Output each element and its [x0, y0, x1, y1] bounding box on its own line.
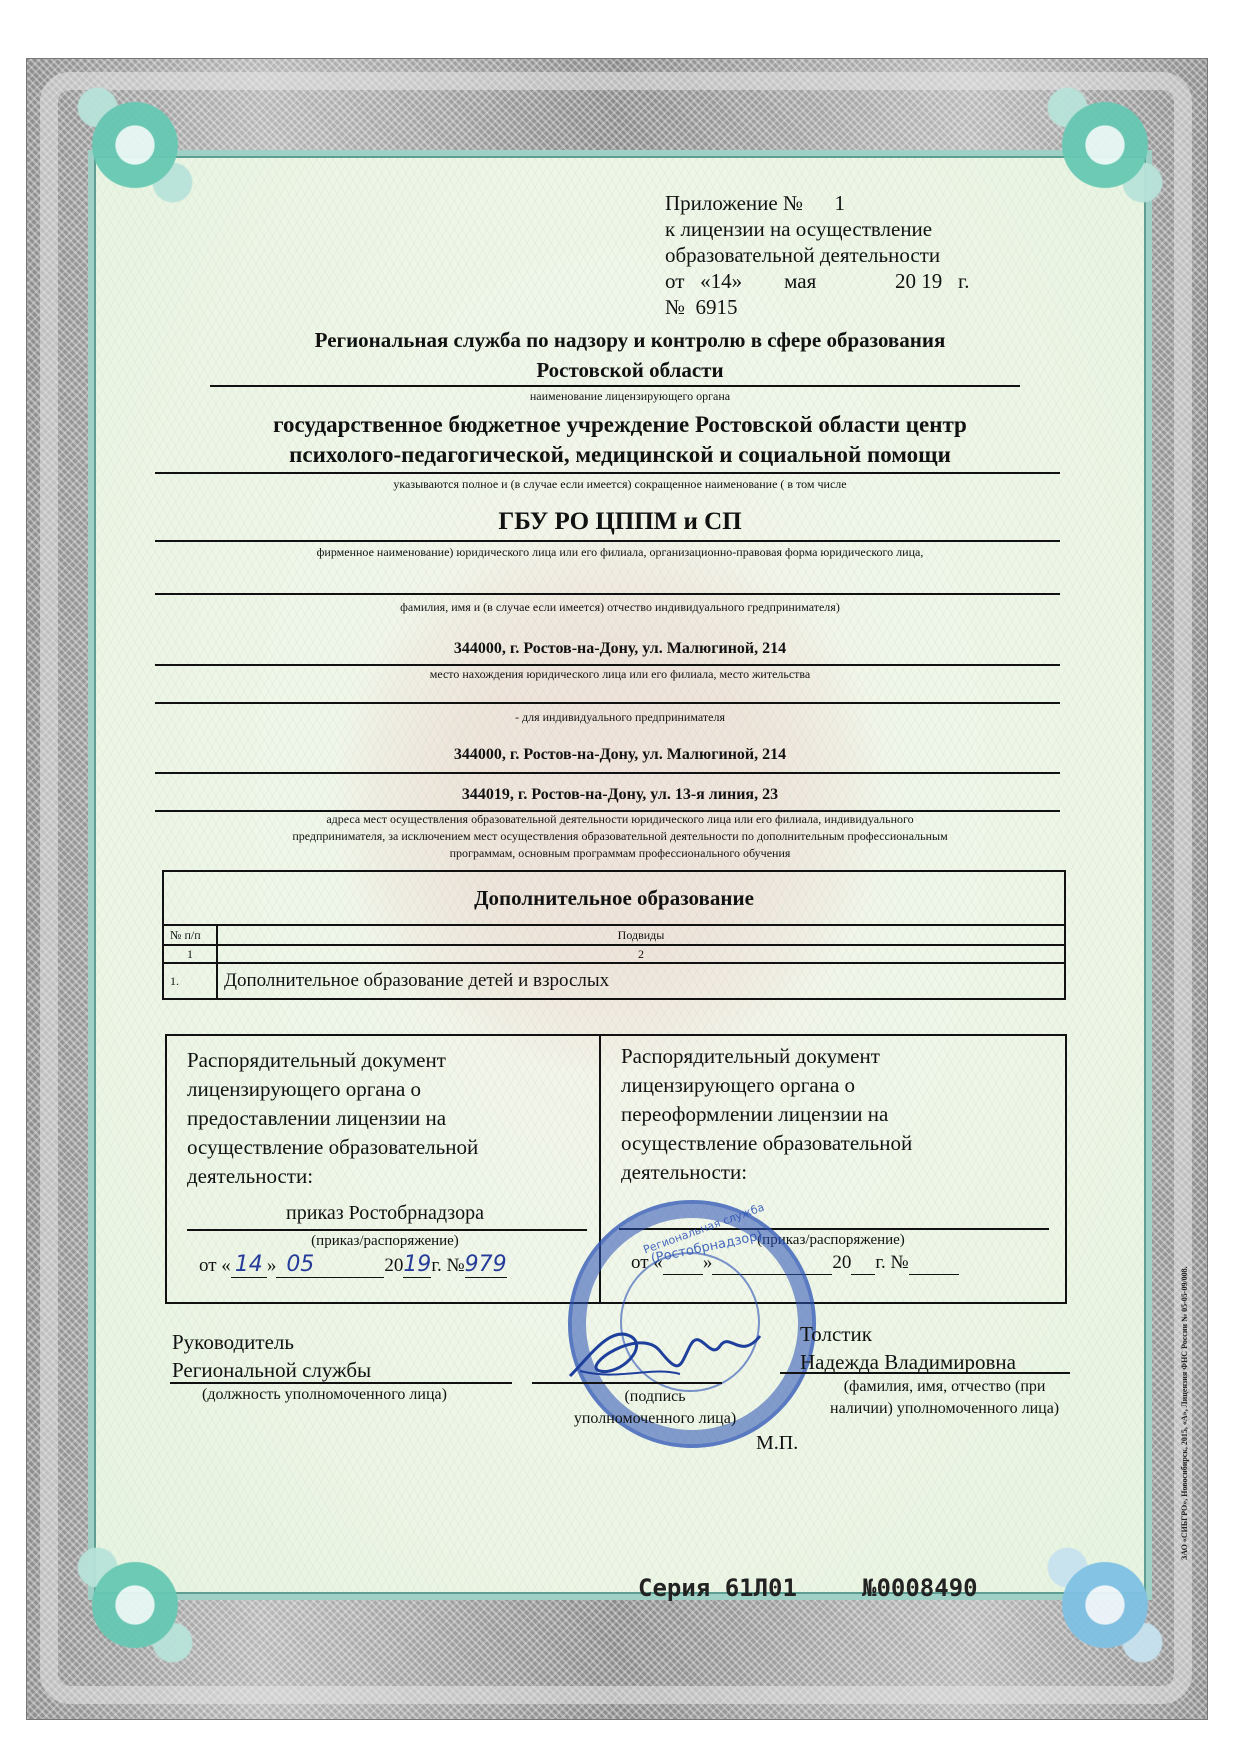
- grant-document-date: от «14»052019г. №979: [199, 1252, 507, 1277]
- signature-icon: [560, 1316, 770, 1386]
- divider: [155, 540, 1060, 542]
- index-cell-2: 2: [217, 945, 1065, 963]
- printer-imprint: ЗАО «СИБГРО», Новосибирск, 2015, «А», Ли…: [1180, 1266, 1189, 1560]
- appendix-date: от «14» мая 20 19 г.: [665, 268, 970, 294]
- appendix-line-1: Приложение № 1: [665, 190, 970, 216]
- location-address: 344000, г. Ростов-на-Дону, ул. Малюгиной…: [150, 640, 1090, 658]
- grant-document-type-caption: (приказ/распоряжение): [167, 1233, 603, 1250]
- name-caption: (фамилия, имя, отчество (при наличии) уп…: [830, 1376, 1059, 1420]
- appendix-line-2: к лицензии на осуществление: [665, 216, 970, 242]
- grant-month: 05: [276, 1252, 384, 1278]
- corner-ornament-icon: [60, 70, 210, 220]
- signatory-position: Руководитель Региональной службы: [172, 1328, 371, 1384]
- index-cell-1: 1: [163, 945, 217, 963]
- grant-order-number: 979: [465, 1252, 507, 1278]
- corner-ornament-icon: [1030, 70, 1180, 220]
- divider: [155, 593, 1060, 595]
- activity-caption-2: предпринимателя, за исключением мест осу…: [150, 829, 1090, 844]
- grant-document-box: Распорядительный документ лицензирующего…: [165, 1034, 601, 1304]
- licensee-name-line-1: государственное бюджетное учреждение Рос…: [150, 412, 1090, 438]
- corner-ornament-icon: [60, 1530, 210, 1680]
- appendix-header: Приложение № 1 к лицензии на осуществлен…: [665, 190, 970, 320]
- row-subtype: Дополнительное образование детей и взрос…: [217, 963, 1065, 999]
- signature-line: [532, 1382, 722, 1384]
- form-number: №0008490: [862, 1574, 978, 1602]
- form-series: Серия 61Л01: [638, 1574, 797, 1602]
- header-subtypes: Подвиды: [217, 925, 1065, 945]
- activity-caption-3: программам, основным программам професси…: [150, 846, 1090, 861]
- signatory-name: Толстик Надежда Владимировна: [800, 1320, 1016, 1376]
- license-number: № 6915: [665, 294, 970, 320]
- divider: [155, 664, 1060, 666]
- corner-ornament-icon: [1030, 1530, 1180, 1680]
- signature-caption: (подпись уполномоченного лица): [555, 1386, 755, 1430]
- location-caption-2: - для индивидуального предпринимателя: [150, 710, 1090, 725]
- divider: [155, 772, 1060, 774]
- licensing-body-caption: наименование лицензирующего органа: [180, 389, 1080, 404]
- header-number: № п/п: [163, 925, 217, 945]
- activity-caption-1: адреса мест осуществления образовательно…: [150, 812, 1090, 827]
- divider: [780, 1372, 1070, 1374]
- reissue-year-blank: [851, 1252, 875, 1275]
- education-subtypes-table: Дополнительное образование № п/п Подвиды…: [162, 870, 1066, 1000]
- licensee-caption-3: фамилия, имя и (в случае если имеется) о…: [150, 600, 1090, 615]
- divider: [155, 472, 1060, 474]
- divider: [170, 1382, 512, 1384]
- licensee-caption-2: фирменное наименование) юридического лиц…: [150, 545, 1090, 560]
- grant-year: 19: [403, 1252, 431, 1278]
- licensee-caption-1: указываются полное и (в случае если имее…: [150, 477, 1090, 492]
- divider: [187, 1229, 587, 1231]
- divider: [155, 702, 1060, 704]
- position-caption: (должность уполномоченного лица): [202, 1386, 447, 1404]
- licensee-name-line-2: психолого-педагогической, медицинской и …: [150, 442, 1090, 468]
- activity-address-2: 344019, г. Ростов-на-Дону, ул. 13-я лини…: [150, 786, 1090, 804]
- reissue-number-blank: [909, 1252, 959, 1275]
- grant-day: 14: [231, 1252, 267, 1278]
- seal-place: М.П.: [756, 1432, 798, 1455]
- appendix-number: 1: [835, 191, 846, 215]
- table-title: Дополнительное образование: [163, 871, 1065, 925]
- row-number: 1.: [163, 963, 217, 999]
- activity-address-1: 344000, г. Ростов-на-Дону, ул. Малюгиной…: [150, 746, 1090, 764]
- licensing-body-line-1: Региональная служба по надзору и контрол…: [180, 328, 1080, 353]
- grant-document-type: приказ Ростобрнадзора: [167, 1202, 603, 1225]
- appendix-line-3: образовательной деятельности: [665, 242, 970, 268]
- location-caption-1: место нахождения юридического лица или е…: [150, 667, 1090, 682]
- reissue-document-text: Распорядительный документ лицензирующего…: [601, 1036, 1065, 1187]
- divider: [210, 385, 1020, 387]
- grant-document-text: Распорядительный документ лицензирующего…: [167, 1036, 599, 1191]
- table-row: 1. Дополнительное образование детей и вз…: [163, 963, 1065, 999]
- licensee-short-name: ГБУ РО ЦППМ и СП: [150, 508, 1090, 536]
- licensing-body-line-2: Ростовской области: [180, 358, 1080, 383]
